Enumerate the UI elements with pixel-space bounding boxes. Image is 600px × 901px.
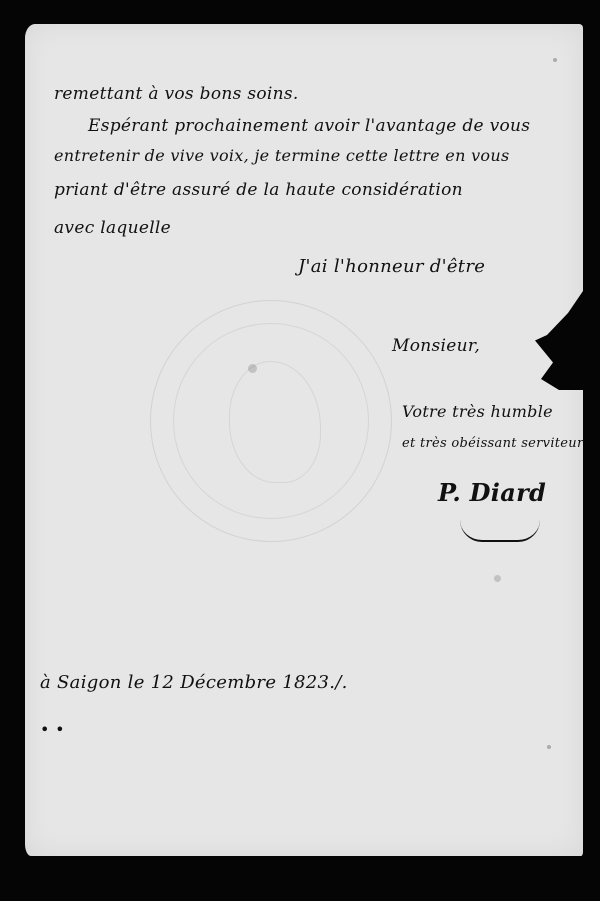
signature: P. Diard [438, 478, 546, 507]
stamp-profile-head [229, 361, 321, 483]
signature-flourish [460, 520, 540, 542]
paper-spot [553, 58, 557, 62]
paper-spot [547, 745, 551, 749]
letter-line-2: Espérant prochainement avoir l'avantage … [88, 116, 530, 136]
letter-line-3: entretenir de vive voix, je termine cett… [54, 146, 509, 165]
letter-line-5: avec laquelle [54, 218, 171, 238]
closing-line-2: Votre très humble [402, 402, 553, 421]
paper-spot [248, 364, 257, 373]
closing-line-3: et très obéissant serviteur [402, 436, 584, 451]
paper-spot [494, 575, 501, 582]
watermark-stamp [150, 300, 392, 542]
letter-line-4: priant d'être assuré de la haute considé… [54, 180, 463, 200]
letter-line-1: remettant à vos bons soins. [54, 84, 299, 104]
trailing-marks: • • [40, 720, 65, 739]
dateline: à Saigon le 12 Décembre 1823./. [40, 672, 348, 693]
closing-salutation: Monsieur, [392, 336, 480, 356]
closing-line-1: J'ai l'honneur d'être [298, 256, 485, 277]
